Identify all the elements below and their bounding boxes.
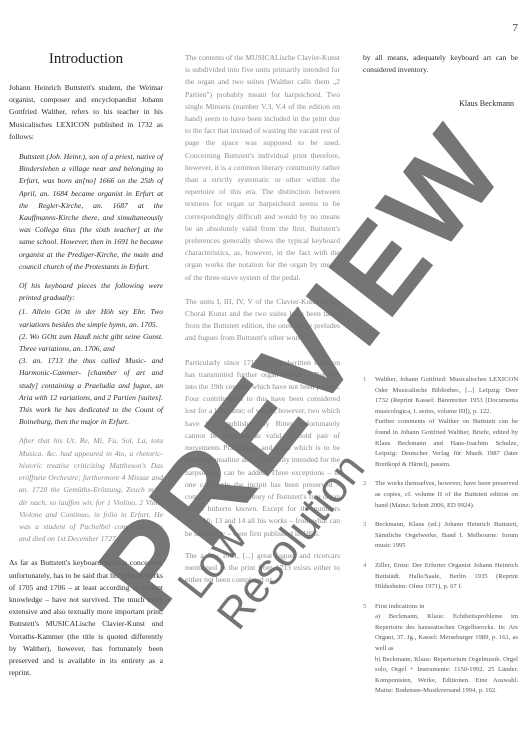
footnote: 4 Ziller, Ernst: Der Erfurter Organist J… [363,561,518,593]
footnote-text: Walther, Johann Gottfried: Musicalisches… [375,375,518,417]
quote-paragraph: After that his Ut, Re, Mi, Fa, Sol, La, … [19,435,163,545]
quote-list-item: (2. Wo GOtt zum Hauß nicht gibt seine Gu… [19,331,163,355]
footnote: 5 First indications in a) Beckmann, Klau… [363,602,518,697]
footnote-text: Ziller, Ernst: Der Erfurter Organist Joh… [375,561,518,593]
intro-paragraph: Johann Heinrich Buttstett's student, the… [9,82,163,143]
right-column: by all means, adequately keyboard art ca… [363,52,518,111]
walther-quote: Buttstett (Joh. Heinr.), son of a priest… [19,151,163,545]
quote-paragraph: Buttstett (Joh. Heinr.), son of a priest… [19,151,163,273]
footnote-number: 5 [363,602,375,697]
left-column: Introduction Johann Heinrich Buttstett's… [9,40,163,686]
body-paragraph: The a few 1001, [...] great fugues and r… [185,550,340,587]
footnotes: 1 Walther, Johann Gottfried: Musicalisch… [363,375,518,706]
footnote-text: Beckmann, Klaus (ed.) Johann Heinrich Bu… [375,520,518,552]
body-paragraph: As far as Buttstett's keyboard work is c… [9,557,163,679]
footnote-number: 4 [363,561,375,593]
body-paragraph: The units I, III, IV, V of the Clavier-K… [185,296,340,345]
footnote: 1 Walther, Johann Gottfried: Musicalisch… [363,375,518,470]
footnote-number: 3 [363,520,375,552]
footnote-text: First indications in [375,602,518,613]
footnote-number: 2 [363,479,375,511]
footnote-text: a) Beckmann, Klaus: Echtheitsprobleme im… [375,612,518,654]
footnote-text: The works themselves, however, have been… [375,479,518,511]
footnote-text: b) Beckmann, Klaus: Repertorium Orgelmus… [375,655,518,697]
body-paragraph: by all means, adequately keyboard art ca… [363,52,518,76]
author-signature: Klaus Beckmann [363,98,514,110]
body-paragraph: Particularly since 1713 the handwritten … [185,357,340,540]
middle-column: The contents of the MUSICALische Clavier… [185,52,340,593]
quote-paragraph: Of his keyboard pieces the following wer… [19,280,163,304]
quote-list-item: (1. Allein GOtt in der Höh sey Ehr. Two … [19,306,163,330]
footnote: 2 The works themselves, however, have be… [363,479,518,511]
footnote: 3 Beckmann, Klaus (ed.) Johann Heinrich … [363,520,518,552]
quote-list-item: (3. an. 1713 the thus called Music- and … [19,355,163,428]
page-title: Introduction [9,50,163,68]
body-paragraph: The contents of the MUSICALische Clavier… [185,52,340,284]
footnote-number: 1 [363,375,375,470]
document-page: 7 Introduction Johann Heinrich Buttstett… [0,0,530,750]
page-number: 7 [513,22,519,34]
footnote-text: Further comments of Walther on Buttstett… [375,417,518,470]
